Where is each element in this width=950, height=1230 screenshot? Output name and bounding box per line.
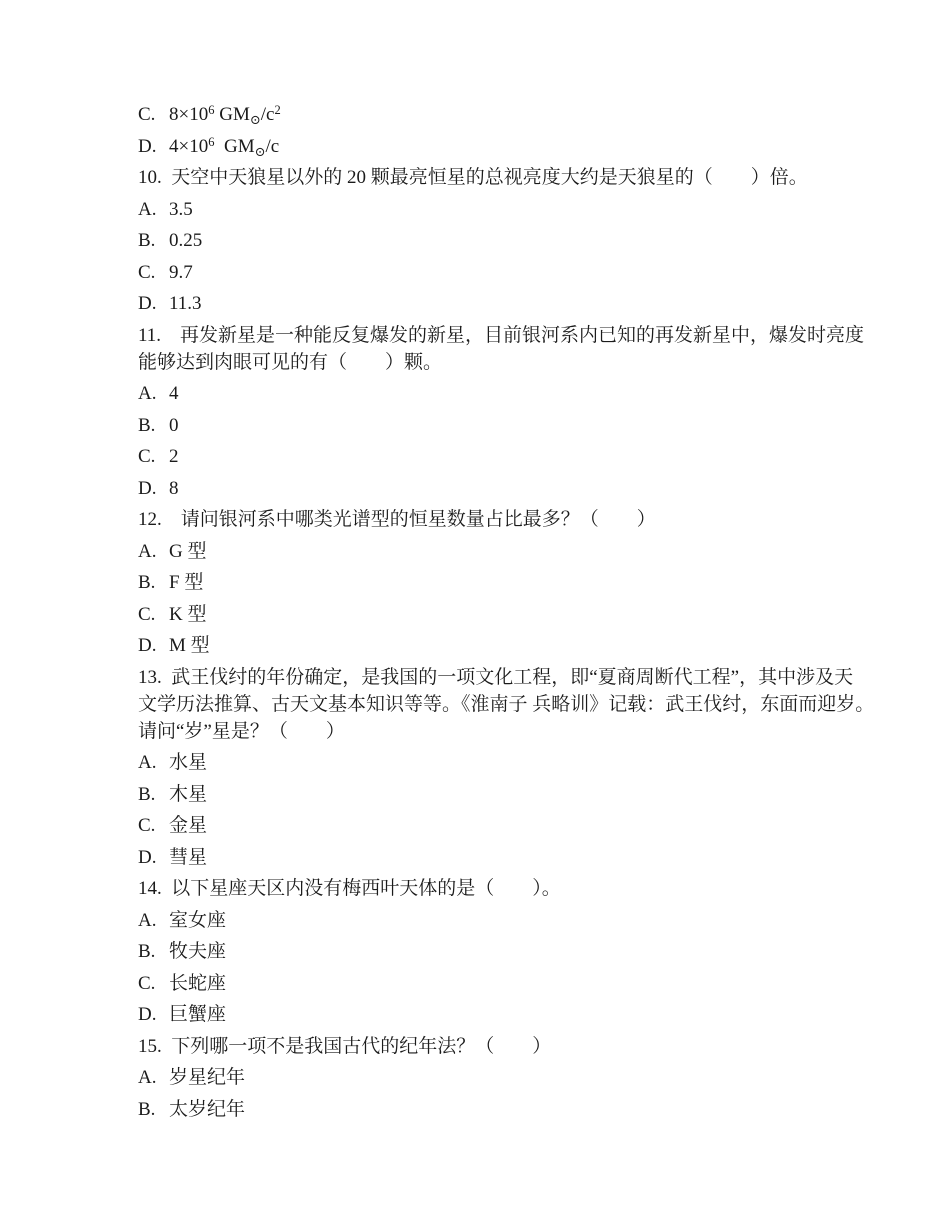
subscript-text: ⊙ bbox=[255, 144, 266, 159]
question-13-text-line: 文学历法推算、古天文基本知识等等。《淮南子 兵略训》记载：武王伐纣，东面而迎岁。 bbox=[138, 691, 890, 718]
option-label: B. bbox=[138, 781, 169, 808]
formula-text: GM bbox=[214, 104, 249, 125]
option-value: 0 bbox=[169, 415, 179, 436]
option-label: B. bbox=[138, 938, 169, 965]
question-13-option-c: C.金星 bbox=[138, 812, 890, 839]
option-label: D. bbox=[138, 632, 169, 659]
option-value: 11.3 bbox=[169, 293, 202, 314]
option-label: A. bbox=[138, 749, 169, 776]
option-value: 8×106 GM⊙/c2 bbox=[169, 104, 281, 125]
question-11-text-line: 能够达到肉眼可见的有（ ）颗。 bbox=[138, 349, 890, 376]
option-value: 8 bbox=[169, 478, 179, 499]
option-value: 太岁纪年 bbox=[169, 1099, 245, 1120]
option-label: C. bbox=[138, 970, 169, 997]
option-value: 9.7 bbox=[169, 262, 193, 283]
option-label: A. bbox=[138, 907, 169, 934]
option-label: B. bbox=[138, 569, 169, 596]
question-12-option-c: C.K 型 bbox=[138, 601, 890, 628]
question-14-text-line: 14. 以下星座天区内没有梅西叶天体的是（ ）。 bbox=[138, 875, 890, 902]
option-value: 岁星纪年 bbox=[169, 1067, 245, 1088]
formula-text: 8×10 bbox=[169, 104, 208, 125]
question-list: C.8×106 GM⊙/c2D.4×106 GM⊙/c10. 天空中天狼星以外的… bbox=[138, 101, 890, 1123]
question-13-text-line: 请问“岁”星是？（ ） bbox=[138, 718, 890, 745]
option-value: G 型 bbox=[169, 541, 206, 562]
option-label: A. bbox=[138, 1064, 169, 1091]
option-value: 2 bbox=[169, 446, 179, 467]
question-12-option-d: D.M 型 bbox=[138, 632, 890, 659]
option-label: A. bbox=[138, 196, 169, 223]
option-label: D. bbox=[138, 133, 169, 160]
option-value: 长蛇座 bbox=[169, 973, 226, 994]
option-value: F 型 bbox=[169, 572, 203, 593]
question-15-option-a: A.岁星纪年 bbox=[138, 1064, 890, 1091]
question-12-text-line: 12. 请问银河系中哪类光谱型的恒星数量占比最多？（ ） bbox=[138, 506, 890, 533]
question-12-option-a: A.G 型 bbox=[138, 538, 890, 565]
question-11-option-a: A.4 bbox=[138, 380, 890, 407]
superscript-text: 2 bbox=[274, 103, 280, 117]
option-label: D. bbox=[138, 290, 169, 317]
option-label: C. bbox=[138, 443, 169, 470]
option-label: D. bbox=[138, 844, 169, 871]
option-label: B. bbox=[138, 1096, 169, 1123]
formula-text: GM bbox=[214, 136, 254, 157]
question-10-option-b: B.0.25 bbox=[138, 227, 890, 254]
question-10-option-c: C.9.7 bbox=[138, 259, 890, 286]
question-15-option-b: B.太岁纪年 bbox=[138, 1096, 890, 1123]
subscript-text: ⊙ bbox=[250, 112, 261, 127]
option-value: 金星 bbox=[169, 815, 207, 836]
option-label: C. bbox=[138, 259, 169, 286]
question-13-option-a: A.水星 bbox=[138, 749, 890, 776]
question-14-option-b: B.牧夫座 bbox=[138, 938, 890, 965]
option-value: 室女座 bbox=[169, 910, 226, 931]
question-11-option-d: D.8 bbox=[138, 475, 890, 502]
question-11-option-b: B.0 bbox=[138, 412, 890, 439]
option-value: 彗星 bbox=[169, 847, 207, 868]
option-value: 巨蟹座 bbox=[169, 1004, 226, 1025]
question-partial-option-d: D.4×106 GM⊙/c bbox=[138, 133, 890, 160]
question-15-text-line: 15. 下列哪一项不是我国古代的纪年法？（ ） bbox=[138, 1033, 890, 1060]
question-13-option-b: B.木星 bbox=[138, 781, 890, 808]
question-14-option-d: D.巨蟹座 bbox=[138, 1001, 890, 1028]
option-label: B. bbox=[138, 412, 169, 439]
option-value: 4 bbox=[169, 383, 179, 404]
option-value: K 型 bbox=[169, 604, 206, 625]
option-value: 水星 bbox=[169, 752, 207, 773]
question-11-option-c: C.2 bbox=[138, 443, 890, 470]
formula-text: /c bbox=[261, 104, 275, 125]
option-value: 0.25 bbox=[169, 230, 202, 251]
formula-text: /c bbox=[266, 136, 280, 157]
question-13-option-d: D.彗星 bbox=[138, 844, 890, 871]
question-10-option-d: D.11.3 bbox=[138, 290, 890, 317]
option-value: 牧夫座 bbox=[169, 941, 226, 962]
question-14-option-a: A.室女座 bbox=[138, 907, 890, 934]
question-10-text-line: 10. 天空中天狼星以外的 20 颗最亮恒星的总视亮度大约是天狼星的（ ）倍。 bbox=[138, 164, 890, 191]
question-10-option-a: A.3.5 bbox=[138, 196, 890, 223]
question-11-text-line: 11. 再发新星是一种能反复爆发的新星，目前银河系内已知的再发新星中，爆发时亮度 bbox=[138, 322, 890, 349]
formula-text: 4×10 bbox=[169, 136, 208, 157]
question-14-option-c: C.长蛇座 bbox=[138, 970, 890, 997]
question-12-option-b: B.F 型 bbox=[138, 569, 890, 596]
option-label: C. bbox=[138, 101, 169, 128]
option-label: A. bbox=[138, 380, 169, 407]
option-value: 3.5 bbox=[169, 199, 193, 220]
option-label: D. bbox=[138, 475, 169, 502]
option-label: A. bbox=[138, 538, 169, 565]
question-13-text-line: 13. 武王伐纣的年份确定，是我国的一项文化工程，即“夏商周断代工程”，其中涉及… bbox=[138, 664, 890, 691]
option-label: D. bbox=[138, 1001, 169, 1028]
option-value: 4×106 GM⊙/c bbox=[169, 136, 279, 157]
option-label: C. bbox=[138, 601, 169, 628]
option-label: B. bbox=[138, 227, 169, 254]
document-page: C.8×106 GM⊙/c2D.4×106 GM⊙/c10. 天空中天狼星以外的… bbox=[0, 0, 950, 1230]
option-value: M 型 bbox=[169, 635, 210, 656]
option-label: C. bbox=[138, 812, 169, 839]
option-value: 木星 bbox=[169, 784, 207, 805]
question-partial-option-c: C.8×106 GM⊙/c2 bbox=[138, 101, 890, 128]
